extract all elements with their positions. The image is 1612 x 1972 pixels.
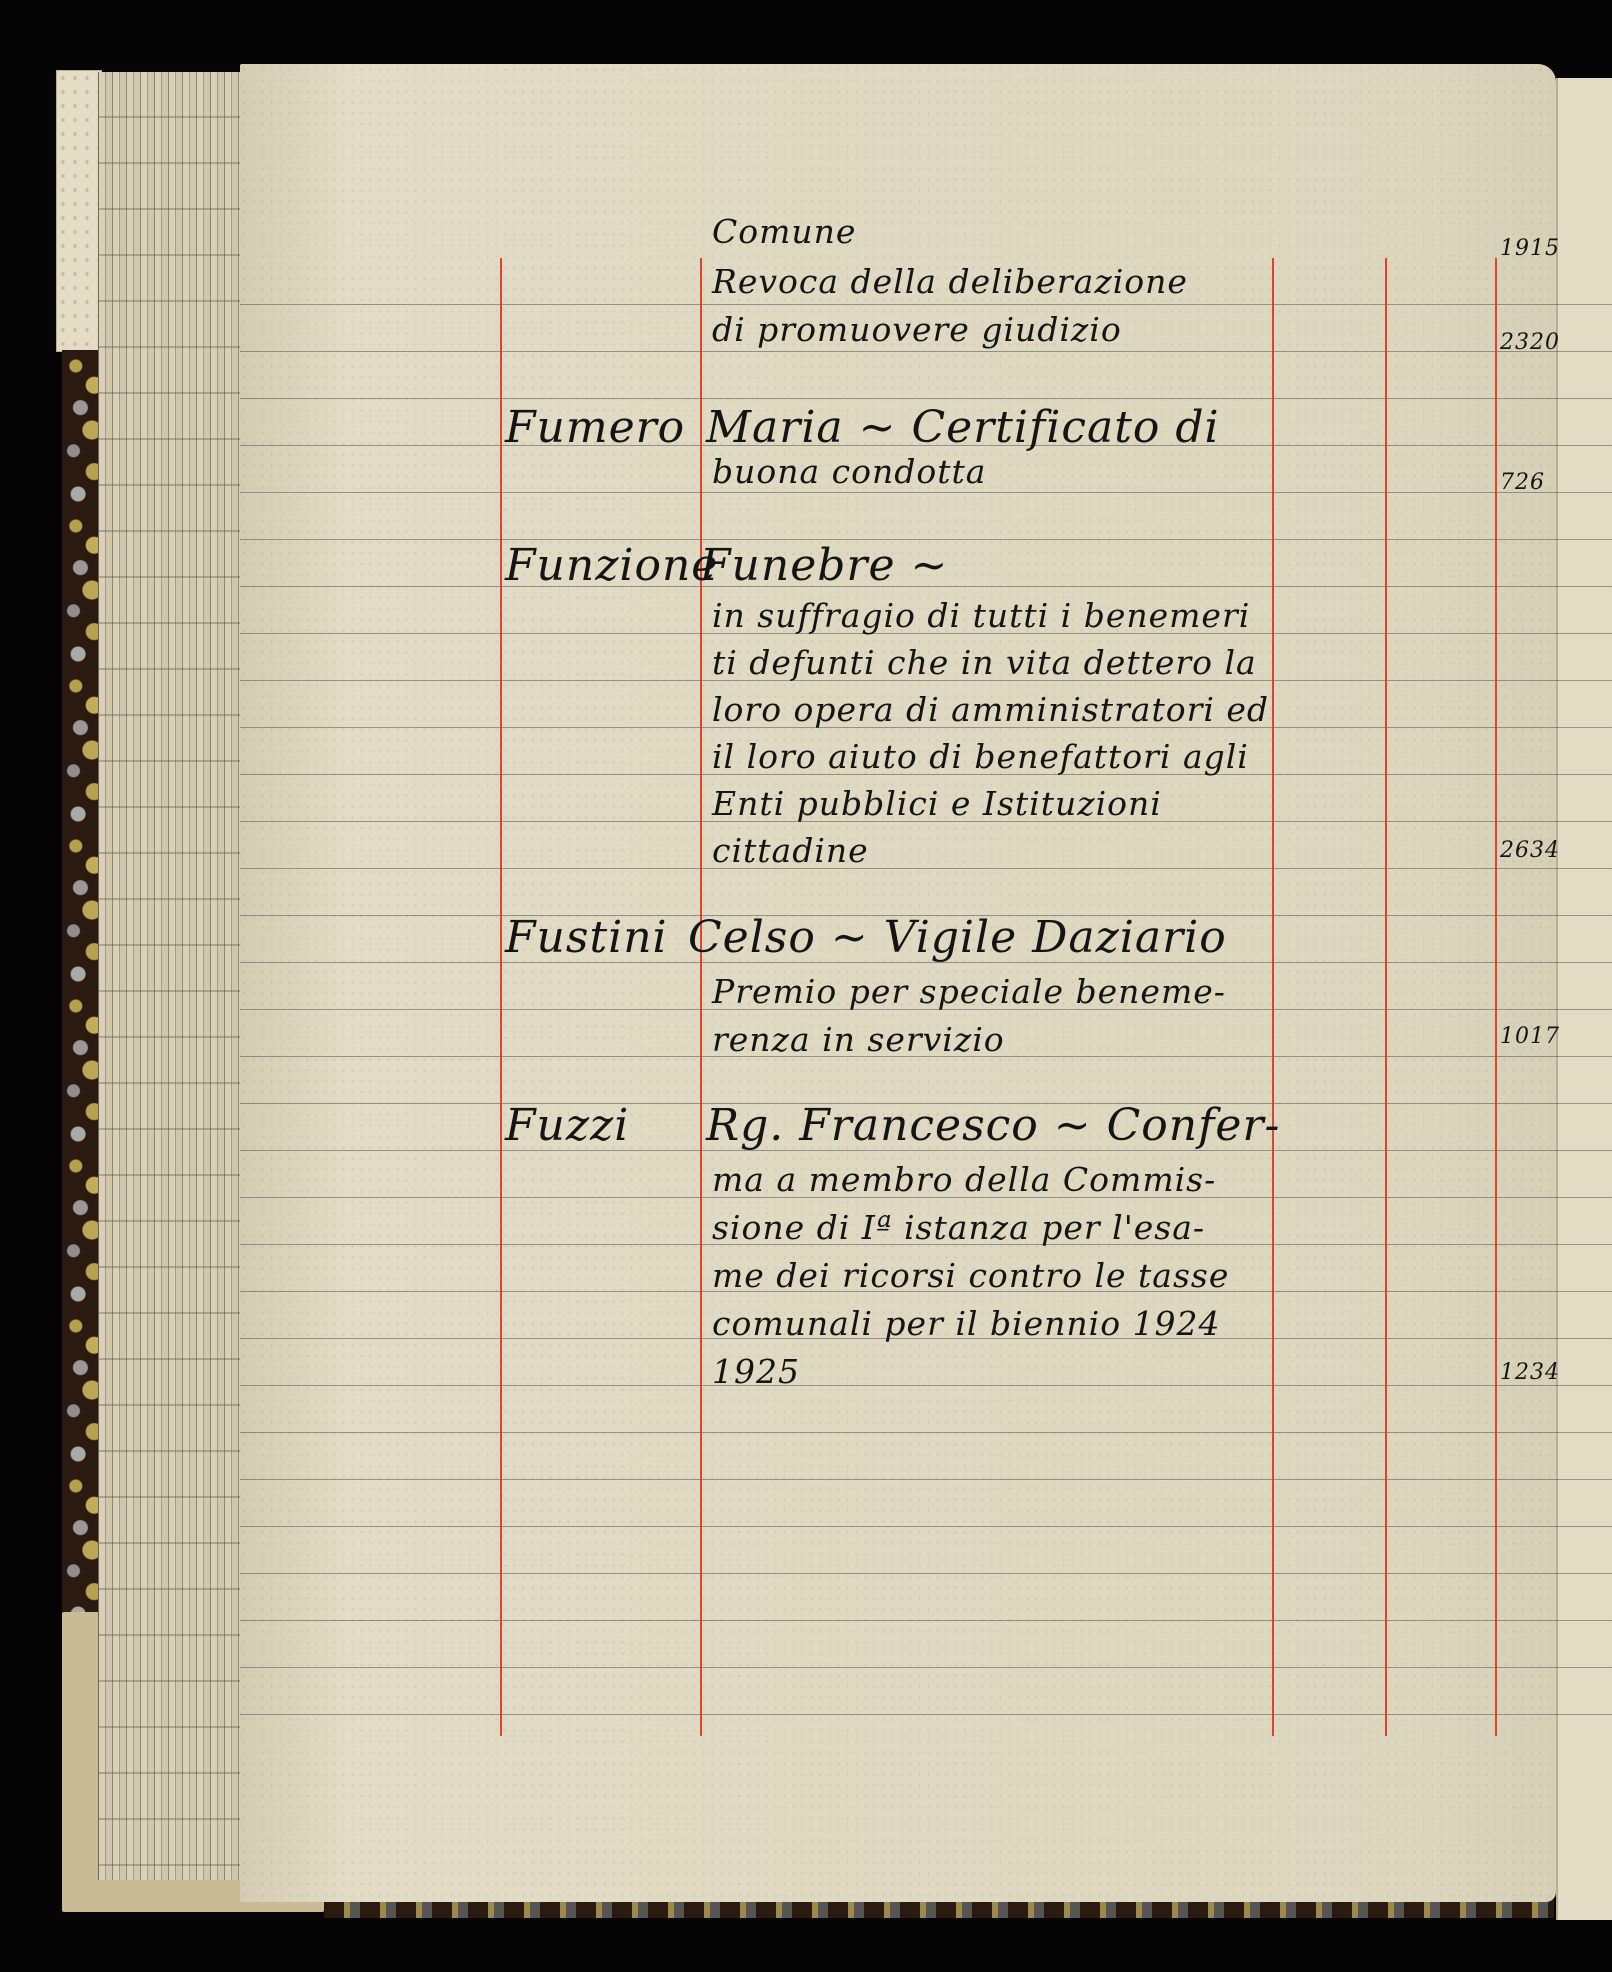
entry-3-surname: Funzione [505,540,718,591]
entry-3-ref: 2634 [1500,838,1560,863]
entry-3-line-2: in suffragio di tutti i benemeri [712,596,1250,635]
entry-5-line-5: comunali per il biennio 1924 [712,1304,1221,1343]
entry-4-line-1: Celso ~ Vigile Daziario [688,912,1227,963]
entry-2-line-1: Maria ~ Certificato di [706,402,1220,453]
endpaper-top [56,70,102,352]
entry-3-line-5: il loro aiuto di benefattori agli [712,737,1249,776]
entry-3-line-6: Enti pubblici e Istituzioni [712,784,1162,823]
entry-5-surname: Fuzzi [505,1100,629,1151]
entry-3-line-3: ti defunti che in vita dettero la [712,643,1257,682]
column-rule-3 [1272,258,1274,1736]
entry-5-line-3: sione di Iª istanza per l'esa- [712,1208,1205,1247]
entry-1-ref-1: 1915 [1500,236,1560,261]
entry-2-line-2: buona condotta [712,452,986,491]
entry-3-line-7: cittadine [712,831,869,870]
entry-5-line-6: 1925 [712,1352,800,1391]
entry-4-surname: Fustini [505,912,668,963]
entry-1-line-1: Comune [712,212,856,251]
column-rule-5 [1495,258,1497,1736]
entry-1-line-2: Revoca della deliberazione [712,262,1188,301]
entry-4-line-3: renza in servizio [712,1020,1005,1059]
page-edge-stack [98,72,245,1880]
entry-4-ref: 1017 [1500,1024,1560,1049]
entry-5-line-4: me dei ricorsi contro le tasse [712,1256,1229,1295]
entry-5-line-2: ma a membro della Commis- [712,1160,1216,1199]
entry-3-line-1: Funebre ~ [700,540,948,591]
entry-3-line-4: loro opera di amministratori ed [712,690,1269,729]
entry-1-line-3: di promuovere giudizio [712,310,1122,349]
column-rule-2 [700,258,702,1736]
column-rule-4 [1385,258,1387,1736]
entry-2-ref: 726 [1500,470,1545,495]
marbled-cover-bottom-edge [324,1900,1554,1918]
entry-2-surname: Fumero [505,402,685,453]
entry-4-line-2: Premio per speciale beneme- [712,972,1226,1011]
entry-5-ref: 1234 [1500,1360,1560,1385]
entry-5-line-1: Rg. Francesco ~ Confer- [706,1100,1280,1151]
column-rule-1 [500,258,502,1736]
entry-1-ref-2: 2320 [1500,330,1560,355]
